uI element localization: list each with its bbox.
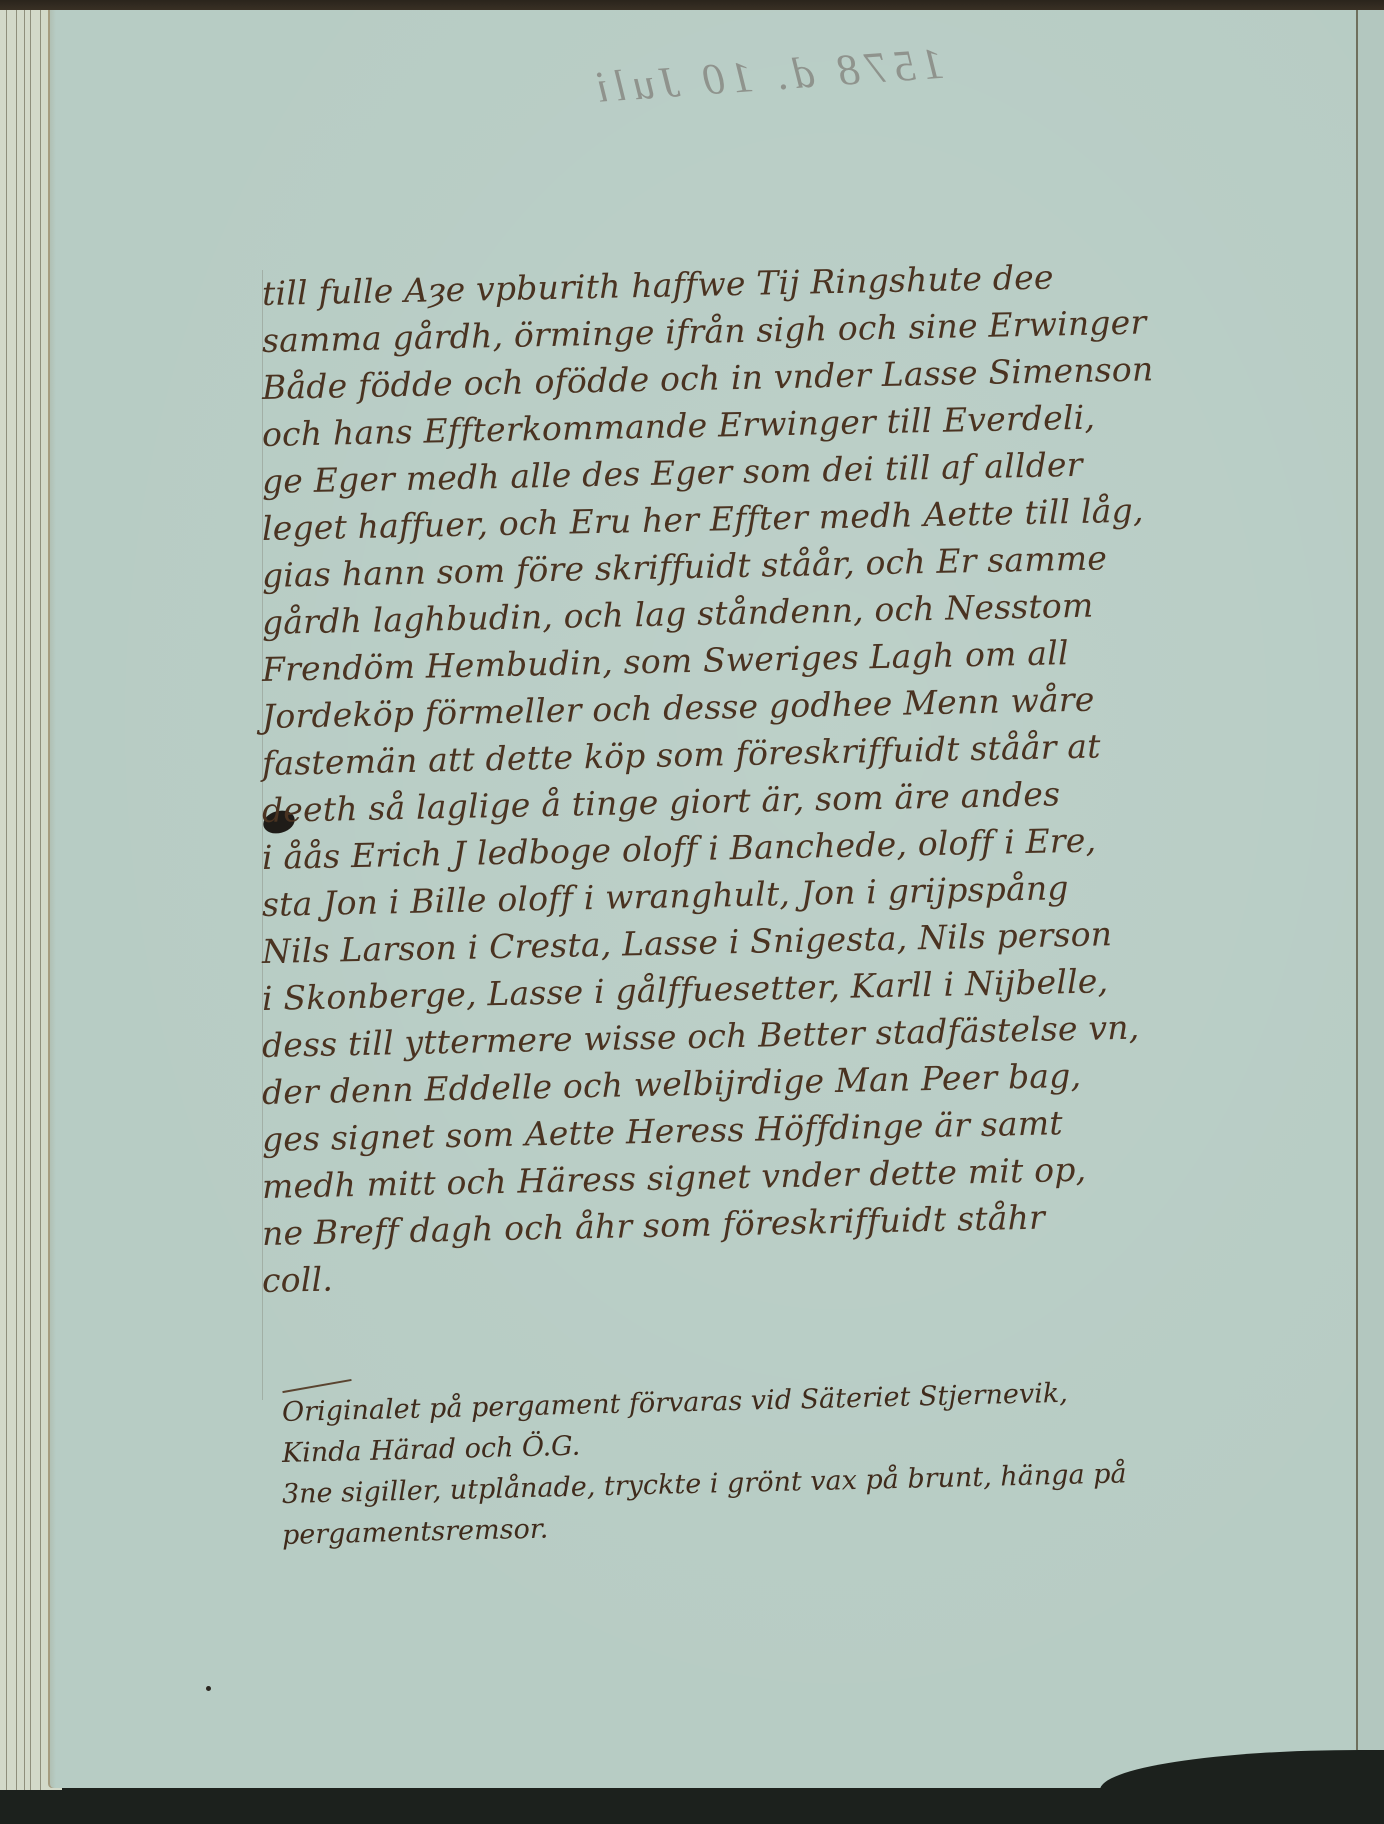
next-page-edge	[1356, 10, 1384, 1750]
ink-speck	[206, 1686, 211, 1691]
manuscript-scan: 1578 d. 10 Juli till fulle Aȝe vpburith …	[0, 0, 1384, 1824]
manuscript-body: till fulle Aȝe vpburith haffwe Tij Rings…	[262, 270, 1172, 1304]
archival-notes: Originalet på pergament förvaras vid Sät…	[282, 1392, 1182, 1556]
